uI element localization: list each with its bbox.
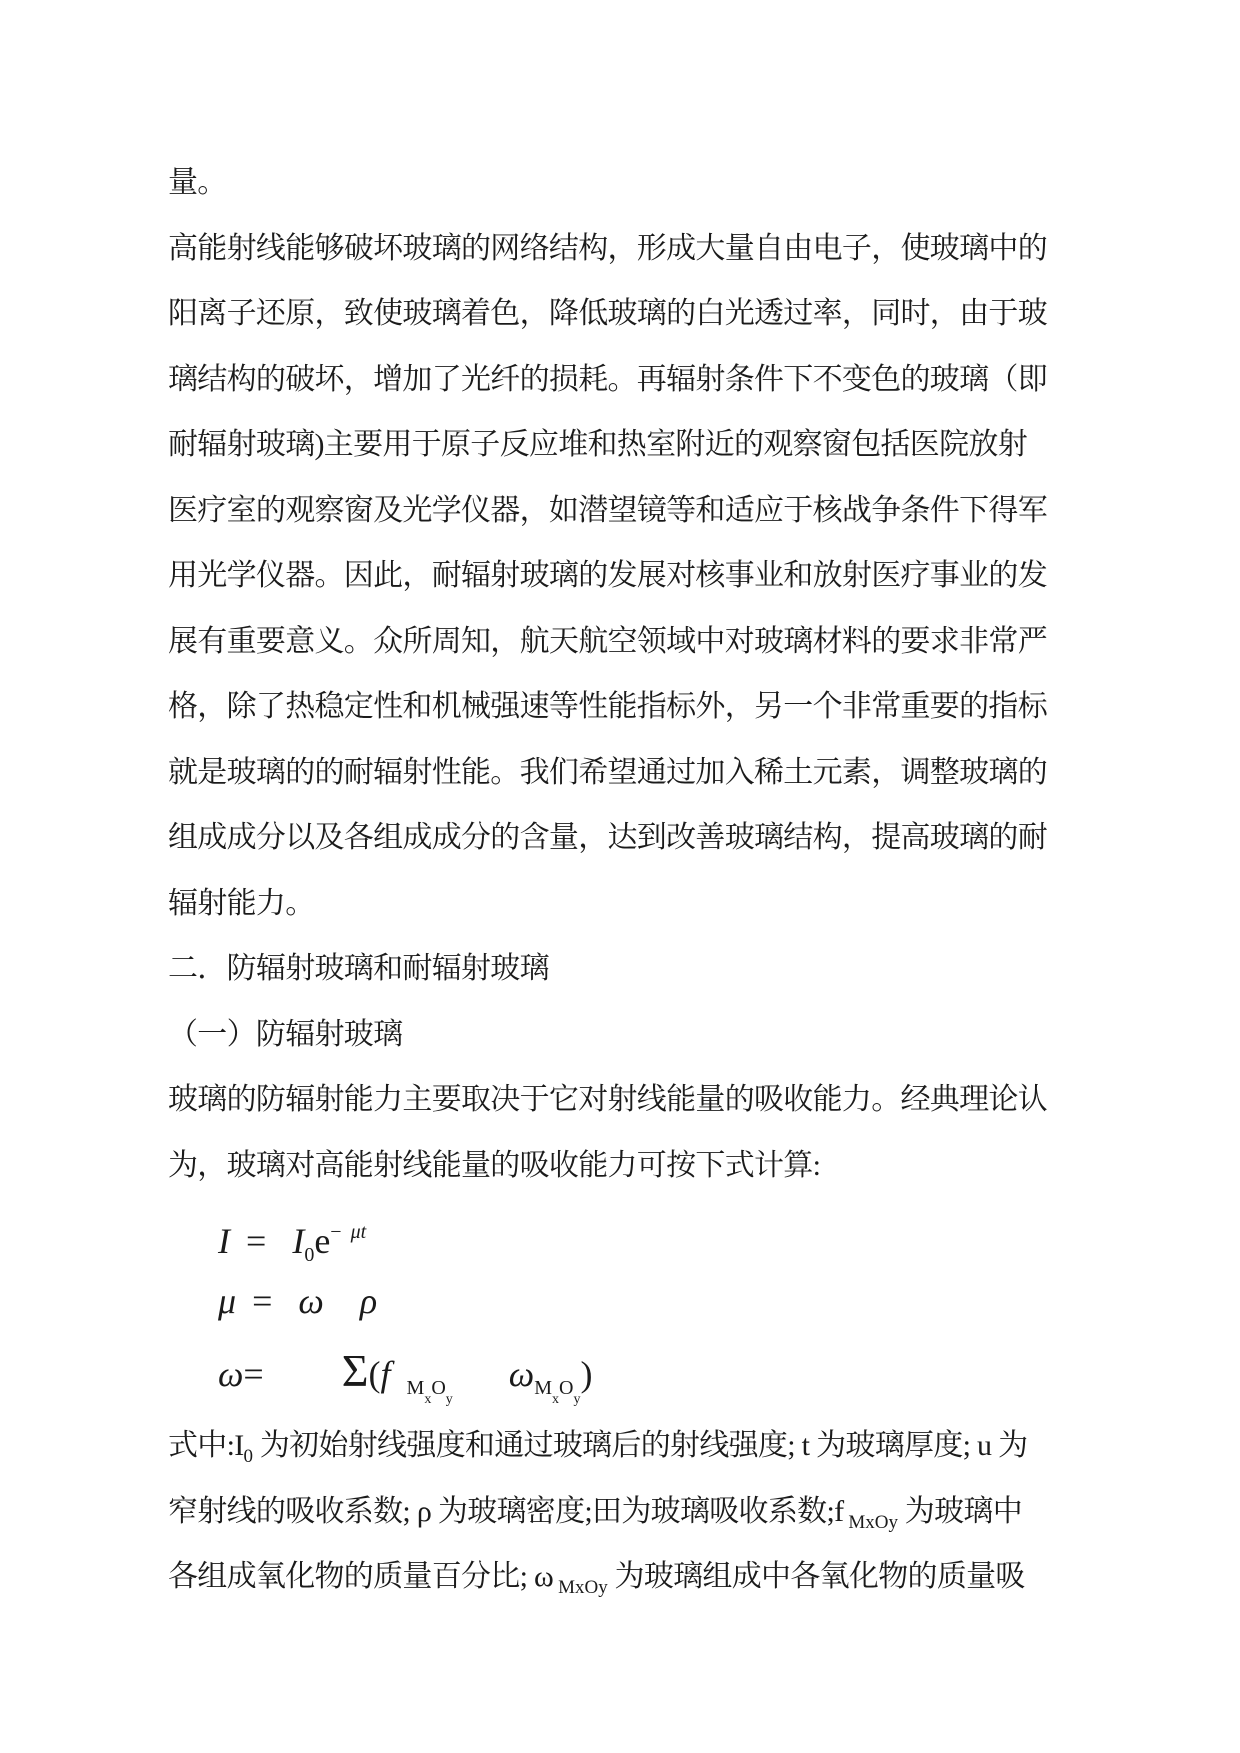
paragraph-2-line: 展有重要意义。众所周知，航天航空领域中对玻璃材料的要求非常严 xyxy=(168,609,1078,675)
paragraph-2-line: 医疗室的观察窗及光学仪器，如潜望镜等和适应于核战争条件下得军 xyxy=(168,478,1078,544)
paragraph-4: 式中:I0 为初始射线强度和通过玻璃后的射线强度; t 为玻璃厚度; u 为 窄… xyxy=(168,1413,1078,1610)
subscript: MxOy xyxy=(558,1577,608,1598)
paragraph-2-line: 就是玻璃的的耐辐射性能。我们希望通过加入稀土元素，调整玻璃的 xyxy=(168,740,1078,806)
subscript-O: O xyxy=(559,1377,573,1399)
document-page: 量。 高能射线能够破坏玻璃的网络结构，形成大量自由电子，使玻璃中的 阳离子还原，… xyxy=(0,0,1240,1753)
formula-lhs: μ xyxy=(218,1281,236,1321)
text-segment: 各组成氧化物的质量百分比; ω xyxy=(168,1560,553,1593)
subscript: MxOy xyxy=(848,1512,898,1533)
subscript-M: M xyxy=(534,1377,552,1399)
section-heading: 二．防辐射玻璃和耐辐射玻璃 xyxy=(168,936,1078,1002)
formula-rhs-base: I xyxy=(292,1221,304,1261)
subscript-O: O xyxy=(431,1377,445,1399)
subscript: 0 xyxy=(244,1446,254,1467)
equals-sign: = xyxy=(243,1354,263,1394)
formula-term-rho: ρ xyxy=(360,1281,377,1321)
paragraph-2-line: 耐辐射玻璃)主要用于原子反应堆和热室附近的观察窗包括医院放射 xyxy=(168,412,1078,478)
formula-term-omega: ω xyxy=(509,1354,534,1394)
subscript-M: M xyxy=(407,1377,425,1399)
text-segment: 为玻璃中 xyxy=(898,1495,1022,1528)
sigma-sum-symbol: Σ xyxy=(342,1345,369,1396)
formula-mass-absorption-sum: ω=Σ(fMxOyωMxOy) xyxy=(218,1336,1078,1405)
text-segment: 为初始射线强度和通过玻璃后的射线强度; t 为玻璃厚度; u 为 xyxy=(253,1429,1027,1462)
paragraph-2-line: 阳离子还原，致使玻璃着色，降低玻璃的白光透过率，同时，由于玻 xyxy=(168,281,1078,347)
formula-term-omega: ω xyxy=(298,1281,323,1321)
paragraph-4-line: 窄射线的吸收系数; ρ 为玻璃密度;田为玻璃吸收系数;fMxOy 为玻璃中 xyxy=(168,1479,1078,1545)
euler-e: e xyxy=(314,1221,330,1261)
formula-intensity-attenuation: I=I0e−μt xyxy=(218,1198,1078,1267)
formula-absorption-coefficient: μ=ωρ xyxy=(218,1267,1078,1336)
equals-sign: = xyxy=(252,1281,272,1321)
formula-lhs: I xyxy=(218,1221,230,1261)
formula-term-f: f xyxy=(381,1354,391,1394)
paragraph-4-line: 式中:I0 为初始射线强度和通过玻璃后的射线强度; t 为玻璃厚度; u 为 xyxy=(168,1413,1078,1479)
paragraph-3-line: 为，玻璃对高能射线能量的吸收能力可按下式计算: xyxy=(168,1133,1078,1199)
paragraph-4-line: 各组成氧化物的质量百分比; ωMxOy 为玻璃组成中各氧化物的质量吸 xyxy=(168,1544,1078,1610)
formula-lhs: ω xyxy=(218,1354,243,1394)
left-paren: ( xyxy=(369,1354,381,1394)
subscript-y: y xyxy=(573,1392,580,1407)
subscript-x: x xyxy=(552,1392,559,1407)
document-content: 量。 高能射线能够破坏玻璃的网络结构，形成大量自由电子，使玻璃中的 阳离子还原，… xyxy=(168,150,1078,1610)
exponent-variable: μt xyxy=(351,1221,367,1243)
paragraph-1-line: 量。 xyxy=(168,150,1078,216)
subscript-y: y xyxy=(446,1392,453,1407)
paragraph-2-line: 辐射能力。 xyxy=(168,871,1078,937)
equals-sign: = xyxy=(246,1221,266,1261)
formula-block: I=I0e−μt μ=ωρ ω=Σ(fMxOyωMxOy) xyxy=(218,1198,1078,1405)
text-segment: 窄射线的吸收系数; ρ 为玻璃密度;田为玻璃吸收系数;f xyxy=(168,1495,843,1528)
paragraph-2-line: 高能射线能够破坏玻璃的网络结构，形成大量自由电子，使玻璃中的 xyxy=(168,216,1078,282)
paragraph-2-line: 组成成分以及各组成成分的含量，达到改善玻璃结构，提高玻璃的耐 xyxy=(168,805,1078,871)
paragraph-2-line: 璃结构的破坏，增加了光纤的损耗。再辐射条件下不变色的玻璃（即 xyxy=(168,347,1078,413)
right-paren: ) xyxy=(580,1354,592,1394)
exponent-minus: − xyxy=(330,1221,341,1243)
subscript: 0 xyxy=(304,1244,314,1266)
paragraph-2-line: 格，除了热稳定性和机械强速等性能指标外，另一个非常重要的指标 xyxy=(168,674,1078,740)
text-segment: 式中:I xyxy=(168,1429,244,1462)
paragraph-3-line: 玻璃的防辐射能力主要取决于它对射线能量的吸收能力。经典理论认 xyxy=(168,1067,1078,1133)
paragraph-2-line: 用光学仪器。因此，耐辐射玻璃的发展对核事业和放射医疗事业的发 xyxy=(168,543,1078,609)
subsection-heading: （一）防辐射玻璃 xyxy=(168,1002,1078,1068)
text-segment: 为玻璃组成中各氧化物的质量吸 xyxy=(608,1560,1025,1593)
